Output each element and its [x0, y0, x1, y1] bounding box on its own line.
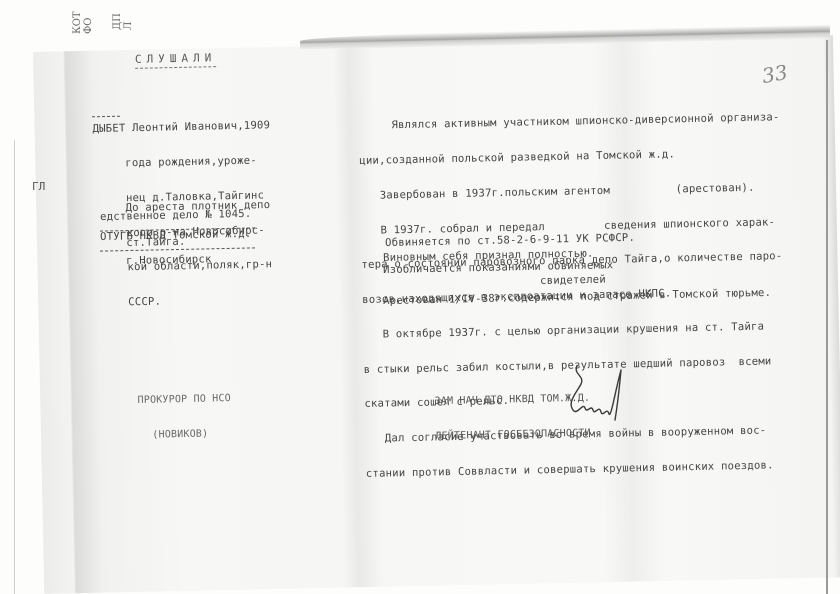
corner-stamp-1: КОТ ФО	[72, 11, 94, 34]
prosecutor-block: ПРОКУРОР ПО НСО (НОВИКОВ)	[137, 370, 232, 453]
subject-line: года рождения,уроже-	[93, 155, 271, 170]
stamp-text: ФО	[83, 11, 94, 34]
stamp-text: ДП	[112, 13, 123, 30]
body-line: Завербован в 1937г.польским агентом (аре…	[360, 182, 781, 202]
body-line: В октябре 1937г. с целью организации кру…	[363, 321, 784, 341]
city: г.Новосибирск	[126, 254, 212, 267]
body-line: Являлся активным участником шпионско-див…	[358, 112, 779, 132]
body-line: стании против Соввласти и совершать круш…	[366, 460, 787, 480]
subject-line: СССР.	[96, 294, 274, 309]
stamp-text: КОТ	[72, 11, 83, 34]
handwritten-signature-icon	[555, 362, 635, 422]
left-margin-fragment: ГЛ	[32, 180, 45, 193]
corner-stamp-2: ДП Л	[112, 13, 134, 30]
signatory-rank: ЛЕЙТЕНАНТ ГОСБЕЗОПАСНОСТИ	[435, 428, 591, 443]
prosecutor-title: ПРОКУРОР ПО НСО	[137, 393, 231, 407]
stamp-text: Л	[123, 13, 134, 30]
body-line: ции,созданной польской разведкой на Томс…	[359, 147, 780, 167]
page-number: 33	[760, 60, 789, 88]
subject-line: ДЫБЕТ Леонтий Иванович,1909	[92, 120, 270, 135]
page-edge-left	[14, 140, 15, 594]
evidence-line: свидетелей	[540, 275, 606, 288]
page-edge-right	[826, 40, 828, 594]
section-heading: СЛУШАЛИ	[135, 51, 217, 69]
prosecutor-name: (НОВИКОВ)	[138, 428, 232, 442]
